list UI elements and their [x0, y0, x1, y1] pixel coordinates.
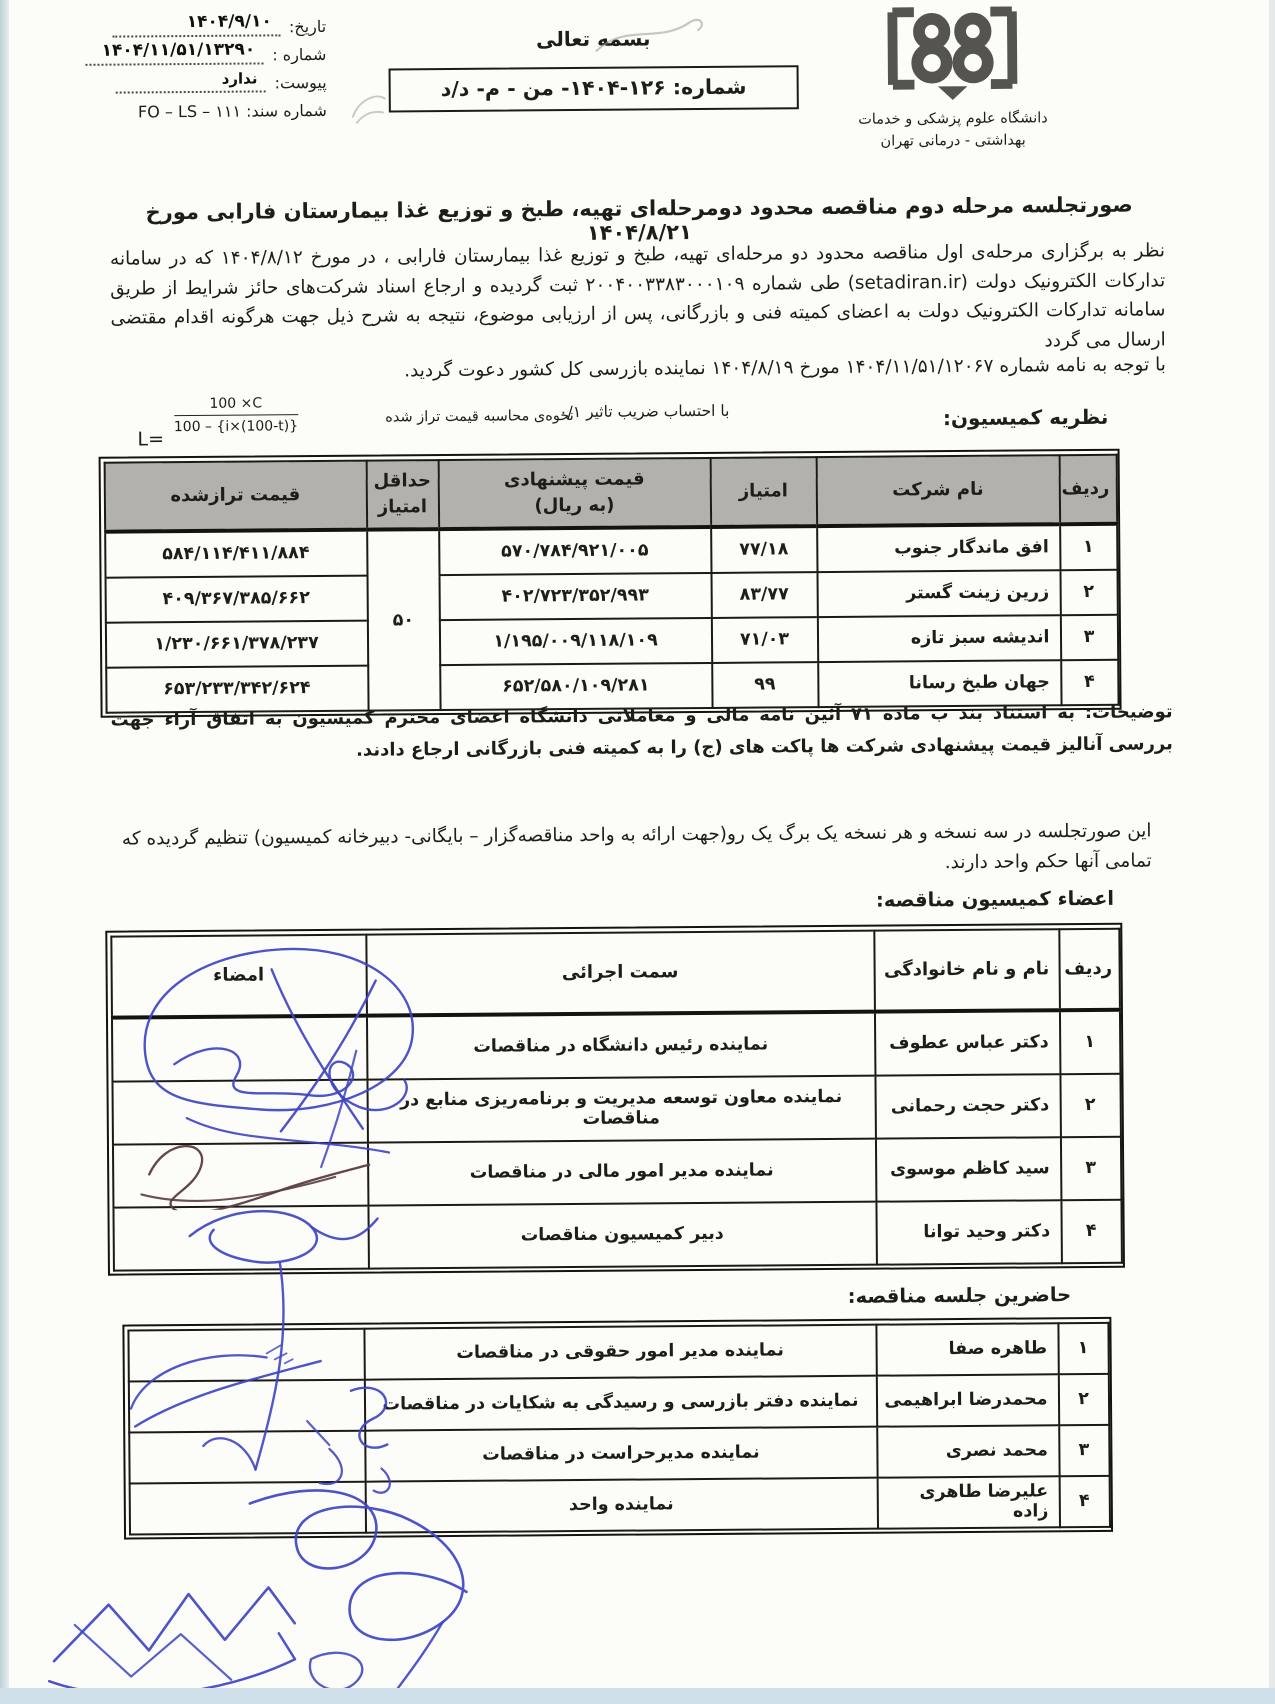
scanned-document-page: تاریخ: ۱۴۰۴/۹/۱۰ شماره : ۱۴۰۴/۱۱/۵۱/۱۳۲۹… — [0, 0, 1275, 1704]
col-price-header: قیمت پیشنهادی (به ریال) — [438, 457, 711, 528]
signature-cell — [128, 1328, 364, 1381]
min-score-merged-cell: ۵۰ — [367, 529, 440, 711]
col-name-header: نام و نام خانوادگی — [874, 929, 1060, 1011]
signature-attendee-3 — [38, 1563, 311, 1704]
date-value: ۱۴۰۴/۹/۱۰ — [187, 11, 272, 32]
table-row: ۲ محمدرضا ابراهیمی نماینده دفتر بازرسی و… — [128, 1373, 1108, 1432]
table-row: ۱ افق ماندگار جنوب ۷۷/۱۸ ۵۷۰/۷۸۴/۹۲۱/۰۰۵… — [105, 523, 1117, 577]
signature-cell — [129, 1430, 365, 1483]
signature-cell — [112, 1142, 367, 1207]
date-label: تاریخ: — [289, 17, 326, 36]
attendees-table-frame: ۱ طاهره صفا نماینده مدیر امور حقوقی در م… — [122, 1317, 1113, 1540]
table-row: ۱ دکتر عباس عطوف نماینده رئیس دانشگاه در… — [111, 1009, 1119, 1081]
table-row: ۴ علیرضا طاهری زاده نماینده واحد — [129, 1475, 1109, 1534]
number-dotted-line: ۱۴۰۴/۱۱/۵۱/۱۳۲۹۰ — [85, 46, 263, 65]
signature-cell — [111, 1015, 366, 1081]
date-field: تاریخ: ۱۴۰۴/۹/۱۰ — [26, 17, 326, 38]
date-dotted-line: ۱۴۰۴/۹/۱۰ — [112, 18, 280, 37]
price-table: ردیف نام شرکت امتیاز قیمت پیشنهادی (به ر… — [103, 453, 1119, 713]
doc-code-label: شماره سند: — [246, 101, 327, 121]
letterhead-fields: تاریخ: ۱۴۰۴/۹/۱۰ شماره : ۱۴۰۴/۱۱/۵۱/۱۳۲۹… — [26, 17, 327, 131]
attendees-heading: حاضرین جلسه مناقصه: — [848, 1283, 1072, 1308]
members-header-row: ردیف نام و نام خانوادگی سمت اجرائی امضاء — [111, 928, 1120, 1017]
attachment-field: پیوست: ندارد — [27, 73, 327, 94]
number-value: ۱۴۰۴/۱۱/۵۱/۱۳۲۹۰ — [102, 40, 256, 61]
university-logo-icon — [878, 3, 1027, 100]
formula-numerator: 100 ×C — [174, 395, 298, 416]
col-min-score-header: حداقل امتیاز — [366, 460, 439, 530]
col-row-header: ردیف — [1059, 454, 1117, 523]
col-signature-header: امضاء — [111, 934, 367, 1017]
org-name-line1: دانشگاه علوم پزشکی و خدمات — [858, 107, 1048, 131]
formula-fraction: 100 ×C100 – {i×(100-t)} — [174, 395, 299, 435]
price-table-header-row: ردیف نام شرکت امتیاز قیمت پیشنهادی (به ر… — [104, 454, 1117, 531]
signature-cell — [113, 1205, 368, 1270]
document-sheet: تاریخ: ۱۴۰۴/۹/۱۰ شماره : ۱۴۰۴/۱۱/۵۱/۱۳۲۹… — [0, 0, 1275, 1704]
doc-code-field: شماره سند: FO – LS – ۱۱۱ — [27, 101, 327, 122]
attachment-value: ندارد — [222, 69, 258, 87]
formula-denominator: 100 – {i×(100-t)} — [174, 415, 298, 435]
col-row-header: ردیف — [1059, 928, 1120, 1009]
table-row: ۴ دکتر وحید توانا دبیر کمیسیون مناقصات — [113, 1199, 1121, 1270]
members-heading: اعضاء کمیسیون مناقصه: — [876, 887, 1114, 912]
col-balanced-header: قیمت ترازشده — [104, 460, 367, 531]
table-row: ۳ محمد نصری نماینده مدیرحراست در مناقصات — [129, 1424, 1109, 1483]
signature-cell — [128, 1379, 364, 1432]
table-row: ۲ دکتر حجت رحمانی نماینده معاون توسعه مد… — [112, 1073, 1120, 1144]
number-label: شماره : — [272, 45, 326, 64]
letterhead-center: بسمه تعالی شماره: ۱۲۶-۱۴۰۴- من - م- د/د — [388, 25, 799, 112]
col-score-header: امتیاز — [710, 457, 817, 527]
members-table: ردیف نام و نام خانوادگی سمت اجرائی امضاء… — [110, 927, 1123, 1271]
number-field: شماره : ۱۴۰۴/۱۱/۵۱/۱۳۲۹۰ — [26, 45, 326, 66]
scan-edge-bottom — [0, 1688, 1275, 1704]
method-note: نحوه‌ی محاسبه قیمت تراز شده — [385, 408, 574, 425]
pen-mark-box-icon — [345, 82, 391, 128]
tozihat-paragraph: توضیحات: به استناد بند ب ماده ۷۱ آئین نا… — [111, 696, 1173, 767]
formula-lhs: L= — [137, 428, 164, 450]
attachment-dotted-line: ندارد — [115, 74, 265, 93]
table-row: ۲ زرین زینت گستر ۸۳/۷۷ ۴۰۲/۷۲۳/۳۵۲/۹۹۳ ۴… — [105, 569, 1117, 622]
besmele-text: بسمه تعالی — [388, 25, 798, 52]
commission-opinion-heading: نظریه کمیسیون: — [943, 405, 1109, 430]
doc-number-box: شماره: ۱۲۶-۱۴۰۴- من - م- د/د — [389, 65, 799, 112]
table-row: ۳ سید کاظم موسوی نماینده مدیر امور مالی … — [112, 1136, 1120, 1207]
col-role-header: سمت اجرائی — [366, 930, 875, 1015]
attachment-label: پیوست: — [275, 73, 327, 92]
price-table-frame: ردیف نام شرکت امتیاز قیمت پیشنهادی (به ر… — [99, 449, 1122, 718]
org-name-line2: بهداشتی - درمانی تهران — [858, 130, 1048, 154]
table-row: ۱ طاهره صفا نماینده مدیر امور حقوقی در م… — [128, 1322, 1108, 1381]
signature-cell — [129, 1481, 365, 1534]
table-row: ۳ اندیشه سبز تازه ۷۱/۰۳ ۱/۱۹۵/۰۰۹/۱۱۸/۱۰… — [105, 614, 1117, 667]
letterhead-logo-block: دانشگاه علوم پزشکی و خدمات بهداشتی - درم… — [857, 3, 1048, 153]
members-table-frame: ردیف نام و نام خانوادگی سمت اجرائی امضاء… — [105, 923, 1125, 1276]
scan-edge-right — [1269, 0, 1275, 1704]
signature-cell — [112, 1079, 367, 1144]
balanced-price-formula: L=100 ×C100 – {i×(100-t)} — [137, 395, 298, 450]
copies-paragraph: این صورتجلسه در سه نسخه و هر نسخه یک برگ… — [114, 816, 1151, 883]
body-paragraph-1: نظر به برگزاری مرحله‌ی اول مناقصه محدود … — [110, 236, 1166, 363]
attendees-table: ۱ طاهره صفا نماینده مدیر امور حقوقی در م… — [127, 1321, 1111, 1535]
coefficient-note: با احتساب ضریب تاثیر ۰/۱ — [559, 402, 729, 421]
col-company-header: نام شرکت — [816, 455, 1060, 526]
scan-edge-left — [0, 0, 9, 1704]
doc-code-value: FO – LS – ۱۱۱ — [138, 102, 241, 122]
